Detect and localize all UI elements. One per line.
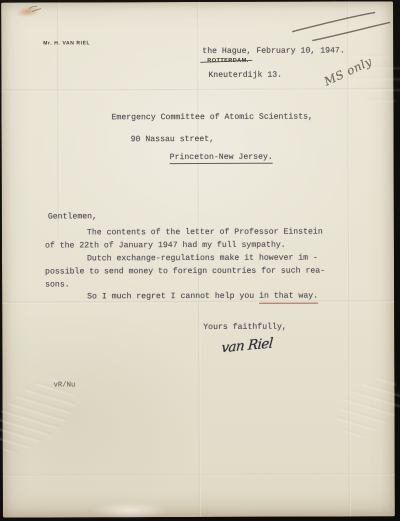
fold-crease — [1, 88, 393, 91]
fold-crease — [57, 2, 60, 239]
closing-valediction: Yours faithfully, — [203, 323, 287, 333]
recipient-name: Emergency Committee of Atomic Scientists… — [111, 113, 312, 124]
rust-stain — [16, 5, 41, 18]
body-line-4: possible to send money to foreign countr… — [45, 267, 325, 278]
body-line-1: The contents of the letter of Professor … — [87, 228, 323, 239]
letterhead-name: Mr. H. VAN RIEL — [43, 40, 90, 46]
body-line-6-prefix: So I much regret I cannot help you — [87, 292, 259, 302]
salutation: Gentlemen, — [48, 212, 97, 222]
dateline: the Hague, February 10, 1947. — [202, 46, 345, 56]
embossed-watermark — [328, 368, 400, 446]
letter-paper: Mr. H. VAN RIEL the Hague, February 10, … — [1, 1, 395, 517]
photo-background: Mr. H. VAN RIEL the Hague, February 10, … — [0, 0, 400, 521]
signature: van Riel — [221, 335, 274, 356]
body-line-5: sons. — [45, 280, 70, 290]
recipient-street: 90 Nassau street, — [131, 135, 215, 145]
fold-crease — [3, 473, 395, 476]
body-line-6: So I much regret I cannot help you in th… — [87, 292, 318, 303]
typist-initials: vR/Nu — [53, 381, 75, 389]
body-line-2: of the 22th of January 1947 had my full … — [45, 241, 286, 252]
body-line-3: Dutch exchange-regulations make it howev… — [87, 254, 318, 265]
body-line-6-underlined: in that way. — [259, 292, 318, 304]
recipient-city-text: Princeton-New Jersey. — [170, 153, 273, 164]
recipient-city: Princeton-New Jersey. — [170, 153, 273, 163]
paper-scuff — [91, 502, 169, 518]
sender-street: Kneuterdijk 13. — [208, 71, 282, 81]
